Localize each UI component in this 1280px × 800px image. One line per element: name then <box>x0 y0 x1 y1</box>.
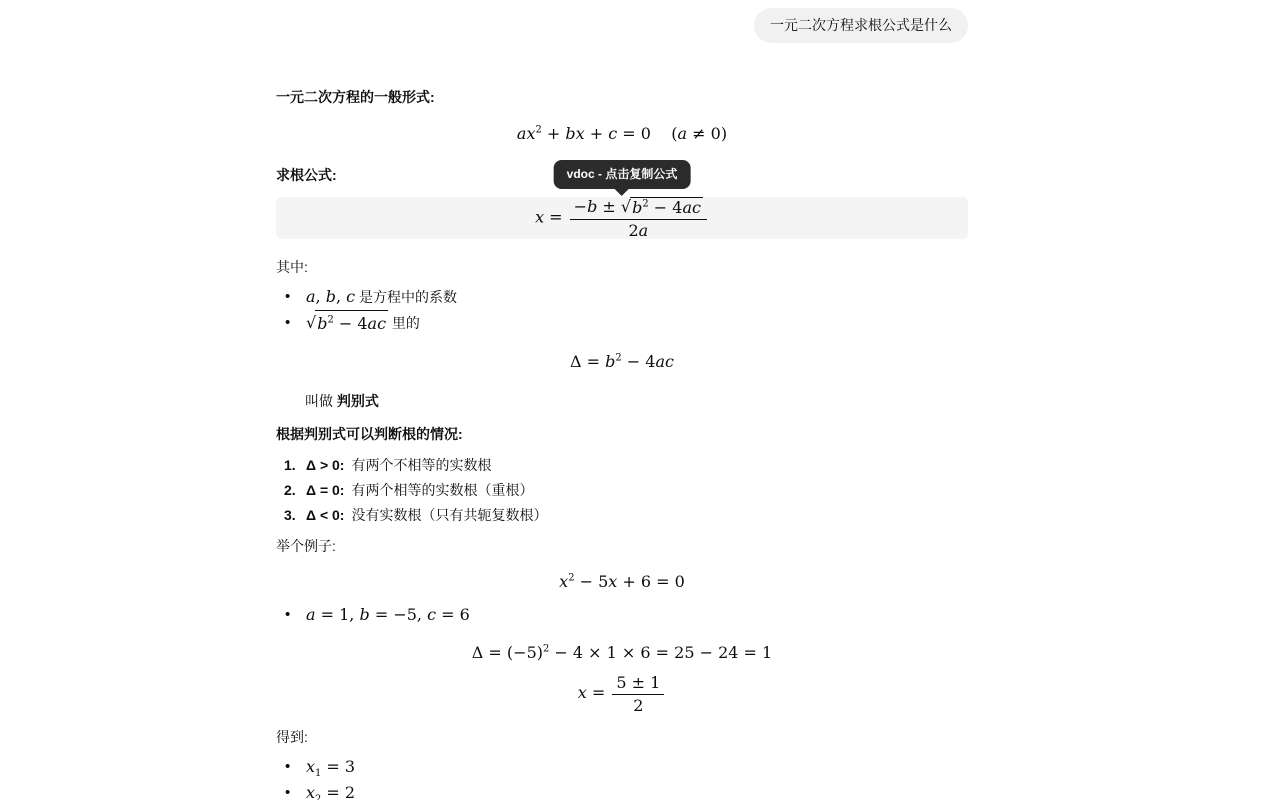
assistant-message: 一元二次方程的一般形式: ax2 + bx + c = 0 (a ≠ 0) 求根… <box>276 87 968 800</box>
case-item-positive: 1.Δ > 0:有两个不相等的实数根 <box>276 453 968 478</box>
example-coefficients-list: a = 1, b = −5, c = 6 <box>276 602 968 628</box>
roots-list: x1 = 3 x2 = 2 <box>276 754 968 800</box>
case-condition: Δ < 0: <box>306 507 344 523</box>
among-label: 其中: <box>276 257 968 277</box>
tooltip-arrow-icon <box>615 189 629 196</box>
result-label: 得到: <box>276 727 968 747</box>
tooltip-label: vdoc - 点击复制公式 <box>567 167 678 181</box>
quadratic-formula-section: vdoc - 点击复制公式 x = −b ± √b2 − 4ac2a <box>276 197 968 239</box>
list-item-root1: x1 = 3 <box>276 754 968 780</box>
chat-page: 一元二次方程求根公式是什么 一元二次方程的一般形式: ax2 + bx + c … <box>0 0 1280 800</box>
case-item-zero: 2.Δ = 0:有两个相等的实数根（重根） <box>276 478 968 503</box>
list-item-example-coefficients: a = 1, b = −5, c = 6 <box>276 602 968 628</box>
quadratic-formula-block[interactable]: x = −b ± √b2 − 4ac2a <box>276 197 968 239</box>
user-message-row: 一元二次方程求根公式是什么 <box>0 0 1280 43</box>
inline-math-example-coefficients: a = 1, b = −5, c = 6 <box>306 605 470 624</box>
list-item-coefficients: a, b, c 是方程中的系数 <box>276 284 968 310</box>
definition-list: a, b, c 是方程中的系数 √b2 − 4ac 里的 <box>276 284 968 336</box>
cases-list: 1.Δ > 0:有两个不相等的实数根 2.Δ = 0:有两个相等的实数根（重根）… <box>276 453 968 528</box>
formula-discriminant: Δ = b2 − 4ac <box>276 349 968 375</box>
case-item-negative: 3.Δ < 0:没有实数根（只有共轭复数根） <box>276 503 968 528</box>
heading-cases: 根据判别式可以判断根的情况: <box>276 424 968 444</box>
inline-math-root1: x1 = 3 <box>306 757 355 776</box>
sqrt-text: 里的 <box>388 315 420 331</box>
case-description: 没有实数根（只有共轭复数根） <box>351 507 547 523</box>
user-message-bubble: 一元二次方程求根公式是什么 <box>754 8 968 43</box>
inline-math-sqrt: √b2 − 4ac <box>306 313 388 332</box>
formula-roots: x = −b ± √b2 − 4ac2a <box>535 197 709 239</box>
heading-general-form: 一元二次方程的一般形式: <box>276 87 968 107</box>
copy-formula-tooltip[interactable]: vdoc - 点击复制公式 <box>554 160 691 189</box>
case-number: 3. <box>284 503 296 528</box>
discriminant-term: 判别式 <box>337 393 379 409</box>
case-number: 1. <box>284 453 296 478</box>
called-prefix: 叫做 <box>305 393 337 409</box>
case-number: 2. <box>284 478 296 503</box>
case-description: 有两个不相等的实数根 <box>351 457 491 473</box>
inline-math-coefficients: a, b, c <box>306 287 355 306</box>
formula-example-roots: x = 5 ± 12 <box>276 673 968 714</box>
called-discriminant-line: 叫做 判别式 <box>276 391 968 411</box>
coefficients-text: 是方程中的系数 <box>355 289 457 305</box>
inline-math-root2: x2 = 2 <box>306 783 355 800</box>
formula-example-equation: x2 − 5x + 6 = 0 <box>276 569 968 595</box>
example-label: 举个例子: <box>276 536 968 556</box>
case-description: 有两个相等的实数根（重根） <box>351 482 533 498</box>
formula-general-form: ax2 + bx + c = 0 (a ≠ 0) <box>276 119 968 149</box>
list-item-sqrt: √b2 − 4ac 里的 <box>276 310 968 336</box>
case-condition: Δ = 0: <box>306 482 344 498</box>
list-item-root2: x2 = 2 <box>276 780 968 800</box>
formula-example-discriminant: Δ = (−5)2 − 4 × 1 × 6 = 25 − 24 = 1 <box>276 640 968 666</box>
case-condition: Δ > 0: <box>306 457 344 473</box>
